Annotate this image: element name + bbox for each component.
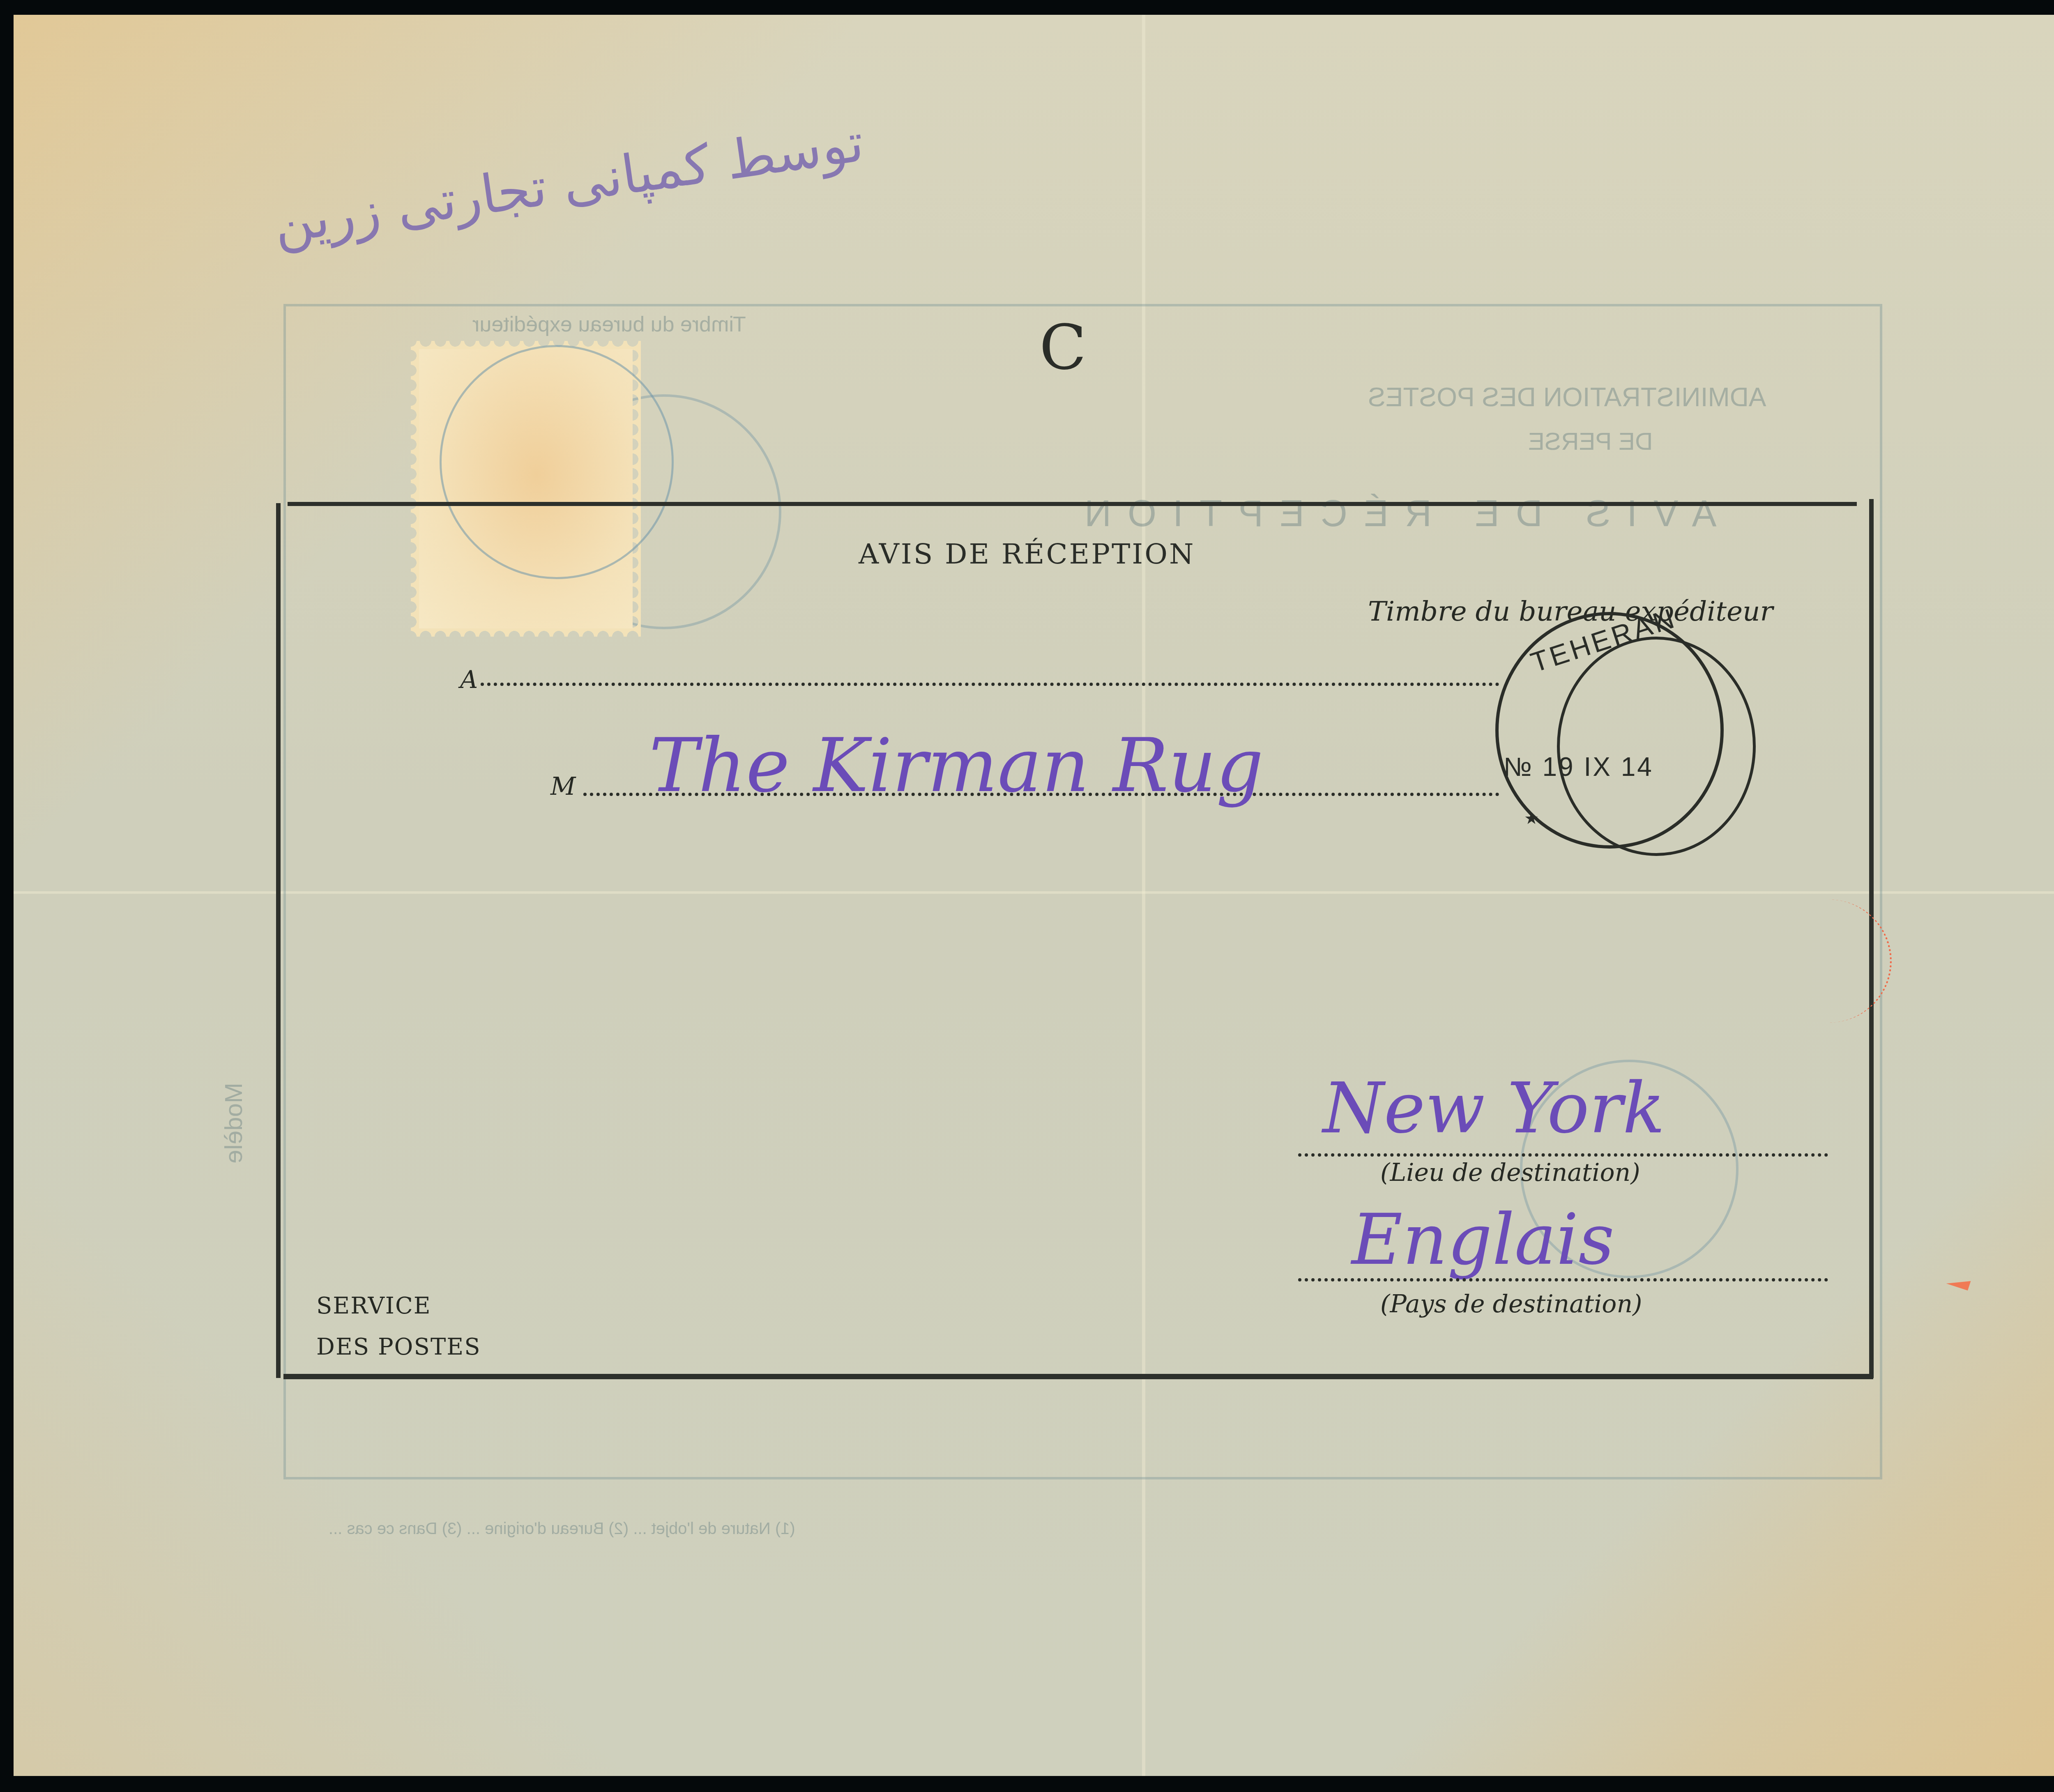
reverse-stamp-caption: Timbre du bureau expéditeur <box>472 312 746 337</box>
field-a-line[interactable] <box>481 683 1499 686</box>
form-title: AVIS DE RÉCEPTION <box>859 538 1195 570</box>
postmark-number-mark: № <box>1504 752 1534 782</box>
reverse-footnotes: (1) Nature de l'objet ... (2) Bureau d'o… <box>329 1520 795 1538</box>
box-top-rule <box>288 502 1857 506</box>
reverse-admin-line1: ADMINISTRATION DES POSTES <box>1368 382 1766 412</box>
box-left-rule <box>276 503 281 1378</box>
reverse-admin-line2: DE PERSE <box>1528 427 1653 455</box>
destination-country-handwriting: Englais <box>1352 1199 1614 1281</box>
lieu-de-destination-label: (Lieu de destination) <box>1380 1158 1640 1187</box>
box-bottom-rule <box>283 1374 1873 1379</box>
field-a-label: A <box>460 665 478 694</box>
service-line2: DES POSTES <box>316 1327 481 1368</box>
form-letter: C <box>1039 312 1087 384</box>
reverse-model-mark: Modèle <box>219 1083 248 1164</box>
destination-place-line[interactable] <box>1298 1153 1828 1157</box>
destination-country-line[interactable] <box>1298 1278 1828 1281</box>
red-crayon-arc <box>1766 899 1892 1023</box>
postmark-inner-ring <box>1557 637 1756 856</box>
postmark-date-value: 19 IX 14 <box>1542 752 1653 782</box>
destination-place-handwriting: New York <box>1323 1068 1665 1149</box>
recipient-handwriting: The Kirman Rug <box>649 723 1264 809</box>
stamp-cancel-oval <box>440 345 674 579</box>
service-line1: SERVICE <box>316 1286 481 1327</box>
pays-de-destination-label: (Pays de destination) <box>1380 1290 1642 1318</box>
service-des-postes: SERVICE DES POSTES <box>316 1286 481 1368</box>
postmark-date: № 19 IX 14 <box>1504 752 1653 782</box>
reverse-heading: AVIS DE RÉCEPTION <box>1068 493 1717 535</box>
postmark-star-icon: ★ <box>1524 809 1539 828</box>
field-m-label: M <box>550 772 576 801</box>
